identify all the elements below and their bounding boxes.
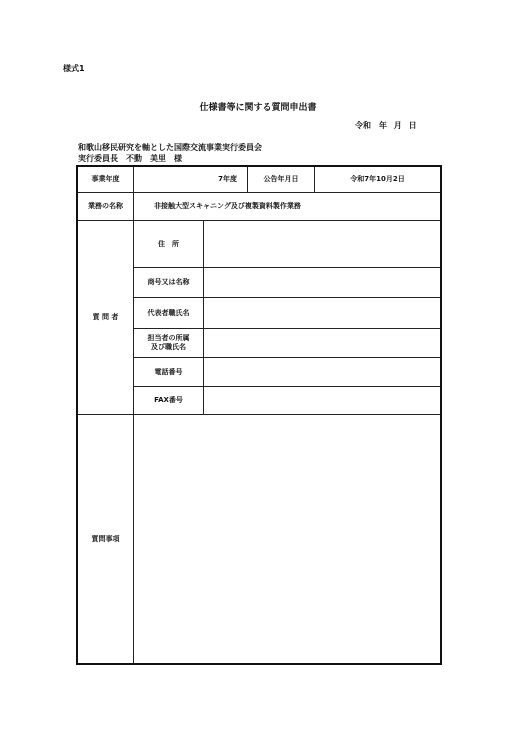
address-field[interactable]	[204, 221, 440, 267]
phone-label: 電話番号	[134, 358, 203, 386]
questioner-label: 質 問 者	[78, 221, 133, 414]
contact-person-label: 担当者の所属 及び職氏名	[134, 329, 203, 357]
business-name-label: 業務の名称	[78, 193, 133, 220]
company-name-field[interactable]	[204, 268, 440, 297]
fax-label: FAX番号	[134, 387, 203, 414]
address-label: 住 所	[134, 221, 203, 267]
addressee-organization: 和歌山移民研究を軸とした国際交流事業実行委員会	[78, 142, 262, 153]
fax-field[interactable]	[204, 387, 440, 414]
form-id: 様式1	[63, 63, 85, 74]
contact-person-field[interactable]	[204, 329, 440, 357]
phone-field[interactable]	[204, 358, 440, 386]
question-form-table: 事業年度 7年度 公告年月日 令和7年10月2日 業務の名称 非接触大型スキャニ…	[76, 165, 442, 665]
representative-field[interactable]	[204, 298, 440, 328]
date-line: 令和 年 月 日	[355, 120, 417, 131]
question-label: 質問事項	[78, 415, 133, 663]
representative-label: 代表者職氏名	[134, 298, 203, 328]
notice-date-value[interactable]: 令和7年10月2日	[315, 167, 440, 192]
fiscal-year-label: 事業年度	[78, 167, 133, 192]
company-name-label: 商号又は名称	[134, 268, 203, 297]
fiscal-year-value[interactable]: 7年度	[134, 167, 247, 192]
addressee-name: 実行委員長 不動 美里 様	[78, 153, 182, 164]
question-field[interactable]	[134, 415, 440, 663]
document-title: 仕様書等に関する質問申出書	[0, 100, 516, 113]
notice-date-label: 公告年月日	[248, 167, 314, 192]
business-name-value[interactable]: 非接触大型スキャニング及び複製資料製作業務	[154, 193, 434, 220]
